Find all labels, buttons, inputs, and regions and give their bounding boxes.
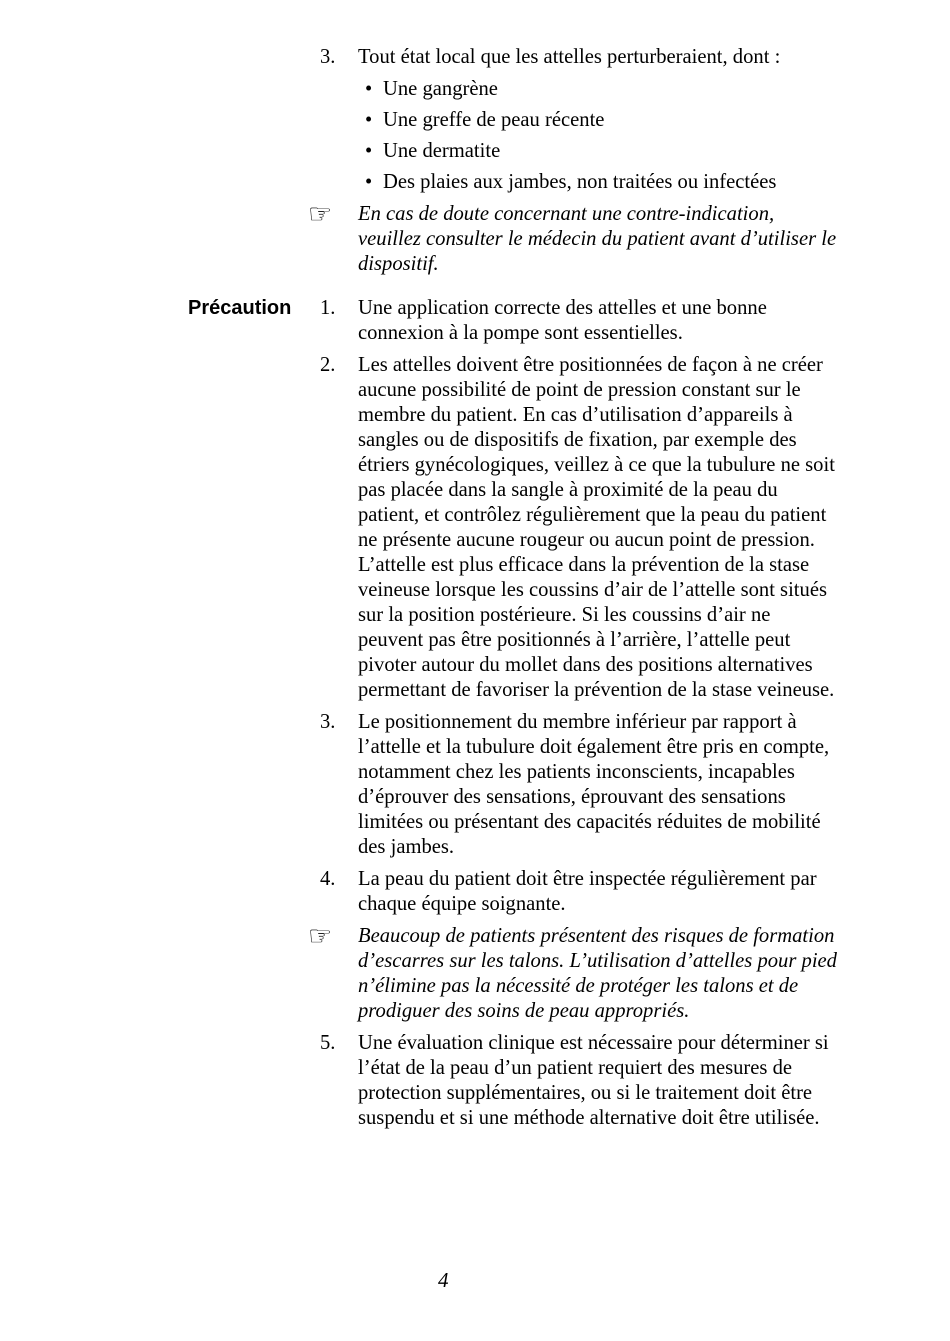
numbered-item: 3. Tout état local que les attelles pert… (320, 45, 840, 70)
section-contraindications: 3. Tout état local que les attelles pert… (188, 45, 848, 284)
page-content: 3. Tout état local que les attelles pert… (188, 45, 848, 1138)
numbered-item: 5. Une évaluation clinique est nécessair… (320, 1031, 840, 1131)
list-item-text: Une application correcte des attelles et… (358, 296, 840, 346)
list-item-number: 3. (320, 710, 358, 735)
numbered-item: 1. Une application correcte des attelles… (320, 296, 840, 346)
bullet-list: • Une gangrène • Une greffe de peau réce… (358, 77, 840, 195)
list-item-number: 4. (320, 867, 358, 892)
section-body: 3. Tout état local que les attelles pert… (320, 45, 840, 284)
bullet-icon: • (358, 170, 383, 195)
list-item-number: 3. (320, 45, 358, 70)
bullet-item-text: Une greffe de peau récente (383, 108, 840, 133)
note-text: Beaucoup de patients présentent des risq… (358, 924, 840, 1024)
page-number: 4 (438, 1268, 449, 1293)
bullet-item: • Une gangrène (358, 77, 840, 102)
list-item-text: Tout état local que les attelles perturb… (358, 45, 840, 70)
bullet-icon: • (358, 108, 383, 133)
pointing-hand-icon: ☞ (308, 202, 332, 227)
note-item: ☞ Beaucoup de patients présentent des ri… (320, 924, 840, 1024)
bullet-item: • Une greffe de peau récente (358, 108, 840, 133)
bullet-item-text: Une gangrène (383, 77, 840, 102)
bullet-item: • Des plaies aux jambes, non traitées ou… (358, 170, 840, 195)
bullet-item: • Une dermatite (358, 139, 840, 164)
bullet-item-text: Des plaies aux jambes, non traitées ou i… (383, 170, 840, 195)
list-item-text: Une évaluation clinique est nécessaire p… (358, 1031, 840, 1131)
numbered-item: 2. Les attelles doivent être positionnée… (320, 353, 840, 703)
bullet-icon: • (358, 139, 383, 164)
bullet-item-text: Une dermatite (383, 139, 840, 164)
note-item: ☞ En cas de doute concernant une contre-… (320, 202, 840, 277)
note-text: En cas de doute concernant une contre-in… (358, 202, 840, 277)
list-item-number: 2. (320, 353, 358, 378)
list-item-number: 5. (320, 1031, 358, 1056)
list-item-text: La peau du patient doit être inspectée r… (358, 867, 840, 917)
list-item-text: Les attelles doivent être positionnées d… (358, 353, 840, 703)
list-item-number: 1. (320, 296, 358, 321)
document-page: 3. Tout état local que les attelles pert… (0, 0, 950, 1341)
numbered-item: 4. La peau du patient doit être inspecté… (320, 867, 840, 917)
section-label-precaution: Précaution (188, 296, 320, 321)
section-body: 1. Une application correcte des attelles… (320, 296, 840, 1138)
section-precaution: Précaution 1. Une application correcte d… (188, 296, 848, 1138)
numbered-item: 3. Le positionnement du membre inférieur… (320, 710, 840, 860)
list-item-text: Le positionnement du membre inférieur pa… (358, 710, 840, 860)
pointing-hand-icon: ☞ (308, 924, 332, 949)
bullet-icon: • (358, 77, 383, 102)
